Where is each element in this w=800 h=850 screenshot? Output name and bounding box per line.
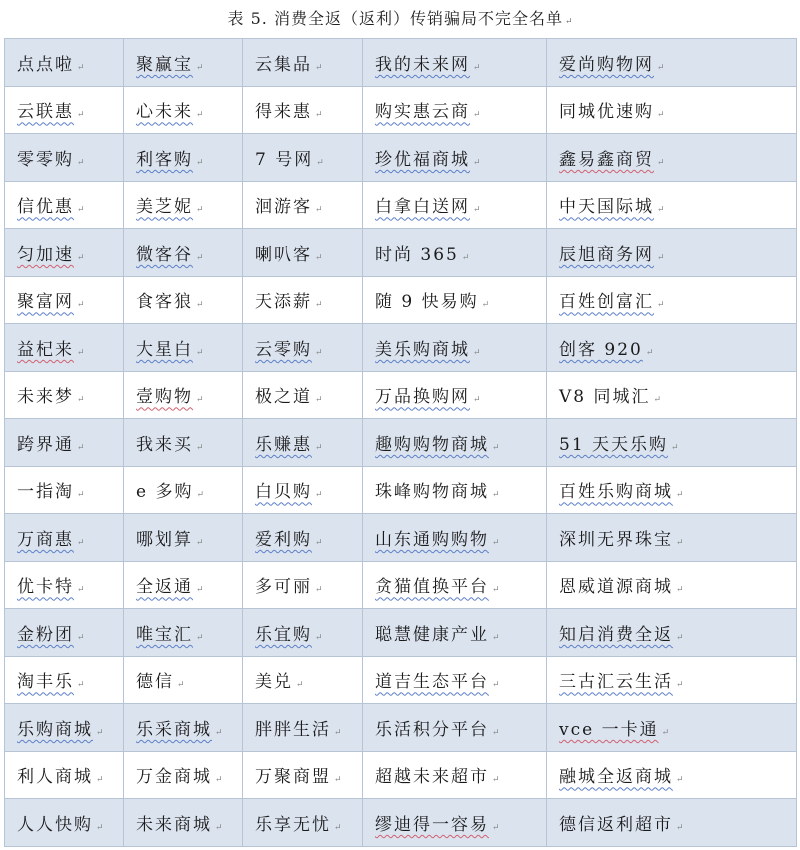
table-cell: 爱利购↵ xyxy=(243,514,363,562)
cell-text: 心未来 xyxy=(136,102,193,122)
table-cell: 超越未来超市↵ xyxy=(363,751,547,799)
cell-text: 壹购物 xyxy=(136,387,193,407)
table-cell: 得来惠↵ xyxy=(243,86,363,134)
paragraph-mark-icon: ↵ xyxy=(196,395,204,405)
cell-text: 深圳无界珠宝 xyxy=(559,530,673,550)
paragraph-mark-icon: ↵ xyxy=(657,300,665,310)
paragraph-mark-icon: ↵ xyxy=(316,158,324,168)
paragraph-mark-icon: ↵ xyxy=(473,158,481,168)
paragraph-mark-icon: ↵ xyxy=(77,633,85,643)
table-cell: 美芝妮↵ xyxy=(124,181,243,229)
table-cell: 趣购购物商城↵ xyxy=(363,419,547,467)
paragraph-mark-icon: ↵ xyxy=(196,110,204,120)
cell-text: 聚富网 xyxy=(17,292,74,312)
cell-text: 美芝妮 xyxy=(136,197,193,217)
paragraph-mark-icon: ↵ xyxy=(315,490,323,500)
paragraph-mark-icon: ↵ xyxy=(196,538,204,548)
cell-text: 云零购 xyxy=(255,340,312,360)
cell-text: 唯宝汇 xyxy=(136,625,193,645)
table-cell: 中天国际城↵ xyxy=(547,181,797,229)
table-cell: 万品换购网↵ xyxy=(363,371,547,419)
cell-text: 聚赢宝 xyxy=(136,55,193,75)
table-cell: 乐赚惠↵ xyxy=(243,419,363,467)
cell-text: 趣购购物商城 xyxy=(375,435,489,455)
table-cell: 恩威道源商城↵ xyxy=(547,561,797,609)
cell-text: 云联惠 xyxy=(17,102,74,122)
caption-text: 表 5. 消费全返（返利）传销骗局不完全名单 xyxy=(228,9,563,28)
table-cell: 同城优速购↵ xyxy=(547,86,797,134)
paragraph-mark-icon: ↵ xyxy=(196,300,204,310)
cell-text: 我的未来网 xyxy=(375,55,470,75)
table-row: 益杞来↵大星白↵云零购↵美乐购商城↵创客 920↵ xyxy=(5,324,797,372)
table-cell: 美兑↵ xyxy=(243,656,363,704)
table-cell: 乐购商城↵ xyxy=(5,704,124,752)
table-cell: 匀加速↵ xyxy=(5,229,124,277)
paragraph-mark-icon: ↵ xyxy=(492,538,500,548)
table-cell: 我来买↵ xyxy=(124,419,243,467)
table-cell: 万金商城↵ xyxy=(124,751,243,799)
table-cell: 深圳无界珠宝↵ xyxy=(547,514,797,562)
paragraph-mark-icon: ↵ xyxy=(77,158,85,168)
paragraph-mark-icon: ↵ xyxy=(196,253,204,263)
cell-text: 道吉生态平台 xyxy=(375,672,489,692)
table-cell: 点点啦↵ xyxy=(5,39,124,87)
cell-text: 美兑 xyxy=(255,672,293,692)
cell-text: 乐赚惠 xyxy=(255,435,312,455)
paragraph-mark-icon: ↵ xyxy=(77,538,85,548)
cell-text: 鑫易鑫商贸 xyxy=(559,150,654,170)
table-cell: 零零购↵ xyxy=(5,134,124,182)
table-row: 零零购↵利客购↵7 号网↵珍优福商城↵鑫易鑫商贸↵ xyxy=(5,134,797,182)
table-cell: 天添薪↵ xyxy=(243,276,363,324)
paragraph-mark-icon: ↵ xyxy=(492,633,500,643)
cell-text: 乐购商城 xyxy=(17,720,93,740)
paragraph-mark-icon: ↵ xyxy=(657,110,665,120)
table-cell: 乐宜购↵ xyxy=(243,609,363,657)
cell-text: 乐采商城 xyxy=(136,720,212,740)
cell-text: 百姓创富汇 xyxy=(559,292,654,312)
table-row: 淘丰乐↵德信↵美兑↵道吉生态平台↵三古汇云生活↵ xyxy=(5,656,797,704)
paragraph-mark-icon: ↵ xyxy=(77,300,85,310)
table-cell: V8 同城汇↵ xyxy=(547,371,797,419)
cell-text: 山东通购购物 xyxy=(375,530,489,550)
cell-text: 得来惠 xyxy=(255,102,312,122)
paragraph-mark-icon: ↵ xyxy=(296,680,304,690)
table-cell: 淘丰乐↵ xyxy=(5,656,124,704)
cell-text: 优卡特 xyxy=(17,577,74,597)
table-cell: 白贝购↵ xyxy=(243,466,363,514)
cell-text: 跨界通 xyxy=(17,435,74,455)
table-cell: 随 9 快易购↵ xyxy=(363,276,547,324)
cell-text: 一指淘 xyxy=(17,482,74,502)
paragraph-mark-icon: ↵ xyxy=(334,775,342,785)
paragraph-mark-icon: ↵ xyxy=(676,538,684,548)
table-cell: 金粉团↵ xyxy=(5,609,124,657)
paragraph-mark-icon: ↵ xyxy=(215,823,223,833)
cell-text: 微客谷 xyxy=(136,245,193,265)
paragraph-mark-icon: ↵ xyxy=(657,158,665,168)
cell-text: 未来梦 xyxy=(17,387,74,407)
cell-text: 德信返利超市 xyxy=(559,815,673,835)
table-cell: 云联惠↵ xyxy=(5,86,124,134)
cell-text: 珍优福商城 xyxy=(375,150,470,170)
table-cell: 优卡特↵ xyxy=(5,561,124,609)
cell-text: 三古汇云生活 xyxy=(559,672,673,692)
cell-text: 天添薪 xyxy=(255,292,312,312)
table-cell: 益杞来↵ xyxy=(5,324,124,372)
cell-text: 食客狼 xyxy=(136,292,193,312)
paragraph-mark-icon: ↵ xyxy=(215,775,223,785)
table-cell: 山东通购购物↵ xyxy=(363,514,547,562)
paragraph-mark-icon: ↵ xyxy=(77,205,85,215)
cell-text: 利客购 xyxy=(136,150,193,170)
cell-text: 随 9 快易购 xyxy=(375,292,479,312)
cell-text: e 多购 xyxy=(136,482,193,502)
cell-text: 爱尚购物网 xyxy=(559,55,654,75)
table-row: 信优惠↵美芝妮↵洄游客↵白拿白送网↵中天国际城↵ xyxy=(5,181,797,229)
paragraph-mark-icon: ↵ xyxy=(77,63,85,73)
paragraph-mark-icon: ↵ xyxy=(657,63,665,73)
paragraph-mark-icon: ↵ xyxy=(662,728,670,738)
paragraph-mark-icon: ↵ xyxy=(492,823,500,833)
cell-text: 购实惠云商 xyxy=(375,102,470,122)
table-cell: 缪迪得一容易↵ xyxy=(363,799,547,847)
cell-text: 51 天天乐购 xyxy=(559,435,668,455)
paragraph-mark-icon: ↵ xyxy=(315,110,323,120)
cell-text: 辰旭商务网 xyxy=(559,245,654,265)
table-cell: 大星白↵ xyxy=(124,324,243,372)
table-cell: 三古汇云生活↵ xyxy=(547,656,797,704)
cell-text: 多可丽 xyxy=(255,577,312,597)
table-cell: 辰旭商务网↵ xyxy=(547,229,797,277)
paragraph-mark-icon: ↵ xyxy=(77,110,85,120)
cell-text: 益杞来 xyxy=(17,340,74,360)
table-cell: 融城全返商城↵ xyxy=(547,751,797,799)
paragraph-mark-icon: ↵ xyxy=(196,348,204,358)
paragraph-mark-icon: ↵ xyxy=(334,728,342,738)
paragraph-mark-icon: ↵ xyxy=(196,490,204,500)
table-cell: 创客 920↵ xyxy=(547,324,797,372)
table-cell: 珠峰购物商城↵ xyxy=(363,466,547,514)
table-row: 优卡特↵全返通↵多可丽↵贪猫值换平台↵恩威道源商城↵ xyxy=(5,561,797,609)
table-cell: 乐活积分平台↵ xyxy=(363,704,547,752)
table-cell: 微客谷↵ xyxy=(124,229,243,277)
paragraph-mark-icon: ↵ xyxy=(492,490,500,500)
paragraph-mark-icon: ↵ xyxy=(473,348,481,358)
table-cell: 洄游客↵ xyxy=(243,181,363,229)
paragraph-mark-icon: ↵ xyxy=(315,395,323,405)
paragraph-mark-icon: ↵ xyxy=(676,490,684,500)
cell-text: 洄游客 xyxy=(255,197,312,217)
table-row: 人人快购↵未来商城↵乐享无忧↵缪迪得一容易↵德信返利超市↵ xyxy=(5,799,797,847)
table-cell: 多可丽↵ xyxy=(243,561,363,609)
cell-text: 点点啦 xyxy=(17,55,74,75)
cell-text: 匀加速 xyxy=(17,245,74,265)
table-row: 未来梦↵壹购物↵极之道↵万品换购网↵V8 同城汇↵ xyxy=(5,371,797,419)
paragraph-mark-icon: ↵ xyxy=(315,63,323,73)
cell-text: 万品换购网 xyxy=(375,387,470,407)
table-cell: 乐采商城↵ xyxy=(124,704,243,752)
paragraph-mark-icon: ↵ xyxy=(77,585,85,595)
paragraph-mark-icon: ↵ xyxy=(462,253,470,263)
cell-text: 万聚商盟 xyxy=(255,767,331,787)
table-cell: 聪慧健康产业↵ xyxy=(363,609,547,657)
table-cell: 鑫易鑫商贸↵ xyxy=(547,134,797,182)
paragraph-mark-icon: ↵ xyxy=(334,823,342,833)
paragraph-mark-icon: ↵ xyxy=(315,253,323,263)
table-cell: 爱尚购物网↵ xyxy=(547,39,797,87)
table-cell: 利人商城↵ xyxy=(5,751,124,799)
table-row: 万商惠↵哪划算↵爱利购↵山东通购购物↵深圳无界珠宝↵ xyxy=(5,514,797,562)
table-cell: 我的未来网↵ xyxy=(363,39,547,87)
cell-text: 贪猫值换平台 xyxy=(375,577,489,597)
table-cell: 哪划算↵ xyxy=(124,514,243,562)
cell-text: 零零购 xyxy=(17,150,74,170)
table-cell: 利客购↵ xyxy=(124,134,243,182)
table-cell: 时尚 365↵ xyxy=(363,229,547,277)
paragraph-mark-icon: ↵ xyxy=(492,585,500,595)
paragraph-mark-icon: ↵ xyxy=(196,205,204,215)
table-cell: 珍优福商城↵ xyxy=(363,134,547,182)
cell-text: 极之道 xyxy=(255,387,312,407)
paragraph-mark-icon: ↵ xyxy=(77,443,85,453)
table-row: 跨界通↵我来买↵乐赚惠↵趣购购物商城↵51 天天乐购↵ xyxy=(5,419,797,467)
paragraph-mark-icon: ↵ xyxy=(315,443,323,453)
paragraph-mark-icon: ↵ xyxy=(473,395,481,405)
paragraph-mark-icon: ↵ xyxy=(196,443,204,453)
paragraph-mark-icon: ↵ xyxy=(315,538,323,548)
paragraph-mark-icon: ↵ xyxy=(315,205,323,215)
table-cell: 白拿白送网↵ xyxy=(363,181,547,229)
paragraph-mark-icon: ↵ xyxy=(657,253,665,263)
cell-text: 信优惠 xyxy=(17,197,74,217)
cell-text: 德信 xyxy=(136,672,174,692)
paragraph-mark-icon: ↵ xyxy=(676,680,684,690)
cell-text: 我来买 xyxy=(136,435,193,455)
table-cell: 胖胖生活↵ xyxy=(243,704,363,752)
paragraph-mark-icon: ↵ xyxy=(96,823,104,833)
table-cell: 信优惠↵ xyxy=(5,181,124,229)
table-cell: 跨界通↵ xyxy=(5,419,124,467)
table-cell: 百姓创富汇↵ xyxy=(547,276,797,324)
table-cell: 心未来↵ xyxy=(124,86,243,134)
cell-text: 人人快购 xyxy=(17,815,93,835)
paragraph-mark-icon: ↵ xyxy=(646,348,654,358)
cell-text: 爱利购 xyxy=(255,530,312,550)
cell-text: 乐活积分平台 xyxy=(375,720,489,740)
cell-text: 缪迪得一容易 xyxy=(375,815,489,835)
cell-text: 时尚 365 xyxy=(375,245,459,265)
table-cell: 51 天天乐购↵ xyxy=(547,419,797,467)
table-cell: 万聚商盟↵ xyxy=(243,751,363,799)
paragraph-mark-icon: ↵ xyxy=(315,300,323,310)
table-cell: 德信↵ xyxy=(124,656,243,704)
paragraph-mark-icon: ↵ xyxy=(565,17,573,27)
paragraph-mark-icon: ↵ xyxy=(177,680,185,690)
paragraph-mark-icon: ↵ xyxy=(492,775,500,785)
table-cell: 德信返利超市↵ xyxy=(547,799,797,847)
table-cell: 聚赢宝↵ xyxy=(124,39,243,87)
table-cell: 百姓乐购商城↵ xyxy=(547,466,797,514)
table-row: 匀加速↵微客谷↵喇叭客↵时尚 365↵辰旭商务网↵ xyxy=(5,229,797,277)
cell-text: 万商惠 xyxy=(17,530,74,550)
table-cell: 人人快购↵ xyxy=(5,799,124,847)
table-caption: 表 5. 消费全返（返利）传销骗局不完全名单↵ xyxy=(0,6,800,29)
paragraph-mark-icon: ↵ xyxy=(492,680,500,690)
paragraph-mark-icon: ↵ xyxy=(676,823,684,833)
paragraph-mark-icon: ↵ xyxy=(77,680,85,690)
table-cell: 未来商城↵ xyxy=(124,799,243,847)
cell-text: 淘丰乐 xyxy=(17,672,74,692)
cell-text: 云集品 xyxy=(255,55,312,75)
cell-text: V8 同城汇 xyxy=(559,387,651,407)
cell-text: 乐享无忧 xyxy=(255,815,331,835)
paragraph-mark-icon: ↵ xyxy=(657,205,665,215)
scam-names-table: 点点啦↵聚赢宝↵云集品↵我的未来网↵爱尚购物网↵云联惠↵心未来↵得来惠↵购实惠云… xyxy=(4,38,797,847)
cell-text: 万金商城 xyxy=(136,767,212,787)
table-cell: 聚富网↵ xyxy=(5,276,124,324)
table-cell: 一指淘↵ xyxy=(5,466,124,514)
table-cell: 唯宝汇↵ xyxy=(124,609,243,657)
table-row: 乐购商城↵乐采商城↵胖胖生活↵乐活积分平台↵vce 一卡通↵ xyxy=(5,704,797,752)
paragraph-mark-icon: ↵ xyxy=(77,348,85,358)
cell-text: 全返通 xyxy=(136,577,193,597)
table-cell: 贪猫值换平台↵ xyxy=(363,561,547,609)
table-cell: 食客狼↵ xyxy=(124,276,243,324)
paragraph-mark-icon: ↵ xyxy=(654,395,662,405)
cell-text: 利人商城 xyxy=(17,767,93,787)
paragraph-mark-icon: ↵ xyxy=(473,205,481,215)
table-cell: 云集品↵ xyxy=(243,39,363,87)
table-cell: vce 一卡通↵ xyxy=(547,704,797,752)
cell-text: 百姓乐购商城 xyxy=(559,482,673,502)
table-row: 聚富网↵食客狼↵天添薪↵随 9 快易购↵百姓创富汇↵ xyxy=(5,276,797,324)
table-cell: 万商惠↵ xyxy=(5,514,124,562)
paragraph-mark-icon: ↵ xyxy=(96,728,104,738)
cell-text: 聪慧健康产业 xyxy=(375,625,489,645)
cell-text: 创客 920 xyxy=(559,340,643,360)
table-row: 云联惠↵心未来↵得来惠↵购实惠云商↵同城优速购↵ xyxy=(5,86,797,134)
cell-text: 乐宜购 xyxy=(255,625,312,645)
table-cell: 购实惠云商↵ xyxy=(363,86,547,134)
table-cell: 云零购↵ xyxy=(243,324,363,372)
cell-text: 知启消费全返 xyxy=(559,625,673,645)
paragraph-mark-icon: ↵ xyxy=(671,443,679,453)
cell-text: 金粉团 xyxy=(17,625,74,645)
cell-text: 珠峰购物商城 xyxy=(375,482,489,502)
cell-text: 喇叭客 xyxy=(255,245,312,265)
paragraph-mark-icon: ↵ xyxy=(492,728,500,738)
paragraph-mark-icon: ↵ xyxy=(676,633,684,643)
paragraph-mark-icon: ↵ xyxy=(215,728,223,738)
cell-text: 同城优速购 xyxy=(559,102,654,122)
paragraph-mark-icon: ↵ xyxy=(315,348,323,358)
paragraph-mark-icon: ↵ xyxy=(196,63,204,73)
table-cell: e 多购↵ xyxy=(124,466,243,514)
table-cell: 极之道↵ xyxy=(243,371,363,419)
table-row: 金粉团↵唯宝汇↵乐宜购↵聪慧健康产业↵知启消费全返↵ xyxy=(5,609,797,657)
cell-text: 哪划算 xyxy=(136,530,193,550)
cell-text: 白贝购 xyxy=(255,482,312,502)
table-cell: 美乐购商城↵ xyxy=(363,324,547,372)
cell-text: 胖胖生活 xyxy=(255,720,331,740)
paragraph-mark-icon: ↵ xyxy=(77,490,85,500)
paragraph-mark-icon: ↵ xyxy=(77,395,85,405)
cell-text: 白拿白送网 xyxy=(375,197,470,217)
paragraph-mark-icon: ↵ xyxy=(492,443,500,453)
table-cell: 道吉生态平台↵ xyxy=(363,656,547,704)
table-cell: 乐享无忧↵ xyxy=(243,799,363,847)
paragraph-mark-icon: ↵ xyxy=(77,253,85,263)
table-cell: 壹购物↵ xyxy=(124,371,243,419)
paragraph-mark-icon: ↵ xyxy=(315,633,323,643)
paragraph-mark-icon: ↵ xyxy=(473,63,481,73)
table-cell: 知启消费全返↵ xyxy=(547,609,797,657)
cell-text: 融城全返商城 xyxy=(559,767,673,787)
cell-text: 超越未来超市 xyxy=(375,767,489,787)
cell-text: 未来商城 xyxy=(136,815,212,835)
paragraph-mark-icon: ↵ xyxy=(196,158,204,168)
table-cell: 全返通↵ xyxy=(124,561,243,609)
table-cell: 7 号网↵ xyxy=(243,134,363,182)
cell-text: vce 一卡通 xyxy=(559,720,659,740)
paragraph-mark-icon: ↵ xyxy=(473,110,481,120)
cell-text: 大星白 xyxy=(136,340,193,360)
table-cell: 喇叭客↵ xyxy=(243,229,363,277)
cell-text: 恩威道源商城 xyxy=(559,577,673,597)
cell-text: 7 号网 xyxy=(255,150,313,170)
paragraph-mark-icon: ↵ xyxy=(676,775,684,785)
cell-text: 中天国际城 xyxy=(559,197,654,217)
table-row: 点点啦↵聚赢宝↵云集品↵我的未来网↵爱尚购物网↵ xyxy=(5,39,797,87)
paragraph-mark-icon: ↵ xyxy=(482,300,490,310)
paragraph-mark-icon: ↵ xyxy=(196,633,204,643)
paragraph-mark-icon: ↵ xyxy=(676,585,684,595)
paragraph-mark-icon: ↵ xyxy=(96,775,104,785)
table-cell: 未来梦↵ xyxy=(5,371,124,419)
table-row: 利人商城↵万金商城↵万聚商盟↵超越未来超市↵融城全返商城↵ xyxy=(5,751,797,799)
table-row: 一指淘↵e 多购↵白贝购↵珠峰购物商城↵百姓乐购商城↵ xyxy=(5,466,797,514)
cell-text: 美乐购商城 xyxy=(375,340,470,360)
paragraph-mark-icon: ↵ xyxy=(196,585,204,595)
paragraph-mark-icon: ↵ xyxy=(315,585,323,595)
